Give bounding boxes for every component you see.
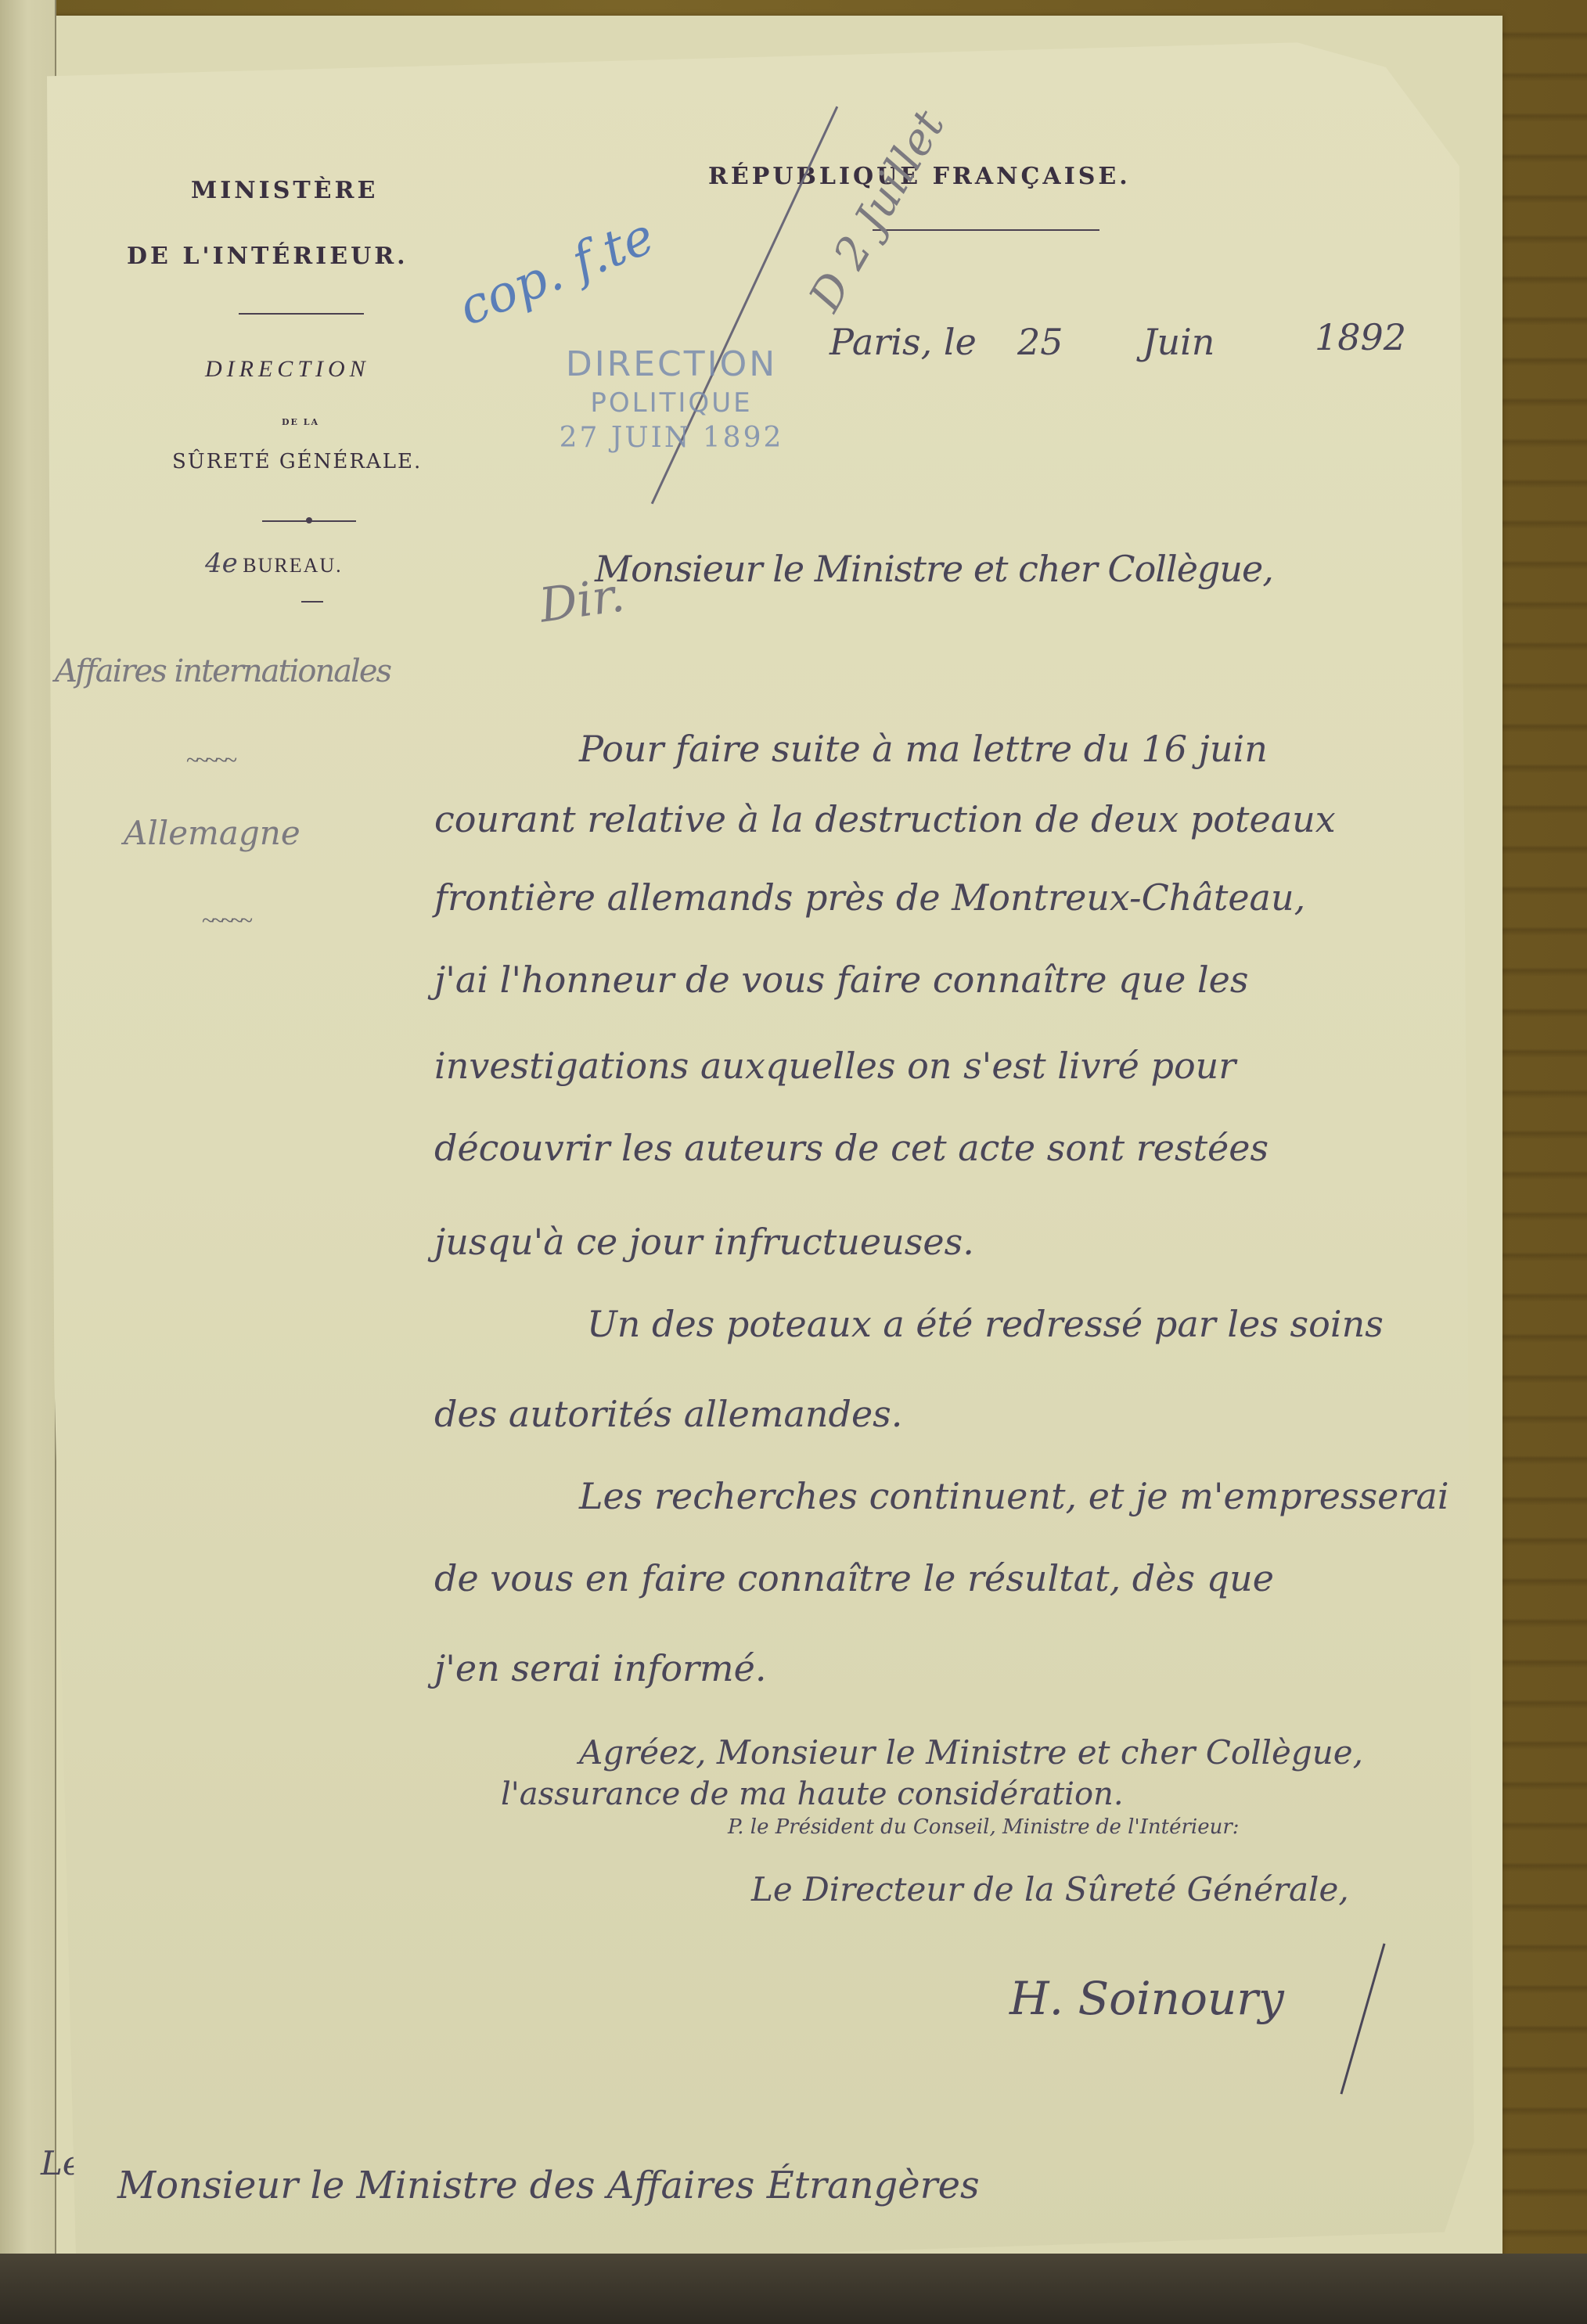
bureau-number: 4e: [205, 548, 238, 579]
date-place: Paris, le: [829, 321, 977, 363]
closing-on-behalf: P. le Président du Conseil, Ministre de …: [728, 1815, 1240, 1839]
stamp-line1: DIRECTION: [523, 344, 820, 384]
signature: H. Soinoury: [1009, 1972, 1284, 2025]
margin-note-allemagne: Allemagne: [124, 814, 300, 852]
ministry-line1: MINISTÈRE: [191, 177, 378, 204]
body-line-5: investigations auxquelles on s'est livré…: [434, 1045, 1236, 1087]
short-rule: [301, 601, 323, 603]
bureau-label: BUREAU.: [243, 554, 342, 577]
margin-note-affaires: Affaires internationales: [55, 653, 390, 689]
de-la-label: DE LA: [282, 417, 319, 427]
stamp-date: 27 JUIN 1892: [523, 422, 820, 454]
received-stamp: DIRECTION POLITIQUE 27 JUIN 1892: [523, 344, 820, 454]
body-line-2: courant relative à la destruction de deu…: [434, 798, 1336, 840]
body-line-8: Un des poteaux a été redressé par les so…: [587, 1303, 1384, 1345]
bureau-line: 4e BUREAU.: [205, 548, 343, 579]
closing-title: Le Directeur de la Sûreté Générale,: [751, 1870, 1349, 1908]
surete-generale-label: SÛRETÉ GÉNÉRALE.: [172, 450, 422, 473]
ministry-line2: DE L'INTÉRIEUR.: [127, 243, 408, 270]
body-line-6: découvrir les auteurs de cet acte sont r…: [434, 1127, 1269, 1169]
body-line-10: Les recherches continuent, et je m'empre…: [579, 1475, 1449, 1517]
margin-squiggle-2: ~~~~~: [202, 908, 250, 934]
body-line-11: de vous en faire connaître le résultat, …: [434, 1557, 1274, 1599]
stamp-line2: POLITIQUE: [523, 387, 820, 419]
salutation: Monsieur le Ministre et cher Collègue,: [595, 548, 1273, 590]
addressee: Monsieur le Ministre des Affaires Étrang…: [117, 2164, 980, 2207]
body-line-9: des autorités allemandes.: [434, 1393, 902, 1435]
margin-squiggle-1: ~~~~~: [186, 747, 234, 774]
ornament-dot: [306, 517, 312, 523]
table-shadow: [0, 2254, 1587, 2324]
date-day: 25: [1017, 321, 1063, 363]
body-line-12: j'en serai informé.: [434, 1647, 766, 1689]
direction-label: DIRECTION: [205, 356, 370, 383]
body-line-3: frontière allemands près de Montreux-Châ…: [434, 876, 1305, 919]
date-year: 1892: [1315, 316, 1406, 358]
date-month: Juin: [1143, 321, 1215, 363]
ornament-rule: [239, 313, 364, 315]
republique-rule: [873, 229, 1099, 231]
body-line-7: jusqu'à ce jour infructueuses.: [434, 1221, 974, 1263]
left-binder-edge: [0, 0, 56, 2324]
closing-line-1: Agréez, Monsieur le Ministre et cher Col…: [579, 1733, 1363, 1772]
closing-line-2: l'assurance de ma haute considération.: [501, 1776, 1124, 1812]
body-line-1: Pour faire suite à ma lettre du 16 juin: [579, 728, 1268, 770]
body-line-4: j'ai l'honneur de vous faire connaître q…: [434, 959, 1249, 1001]
